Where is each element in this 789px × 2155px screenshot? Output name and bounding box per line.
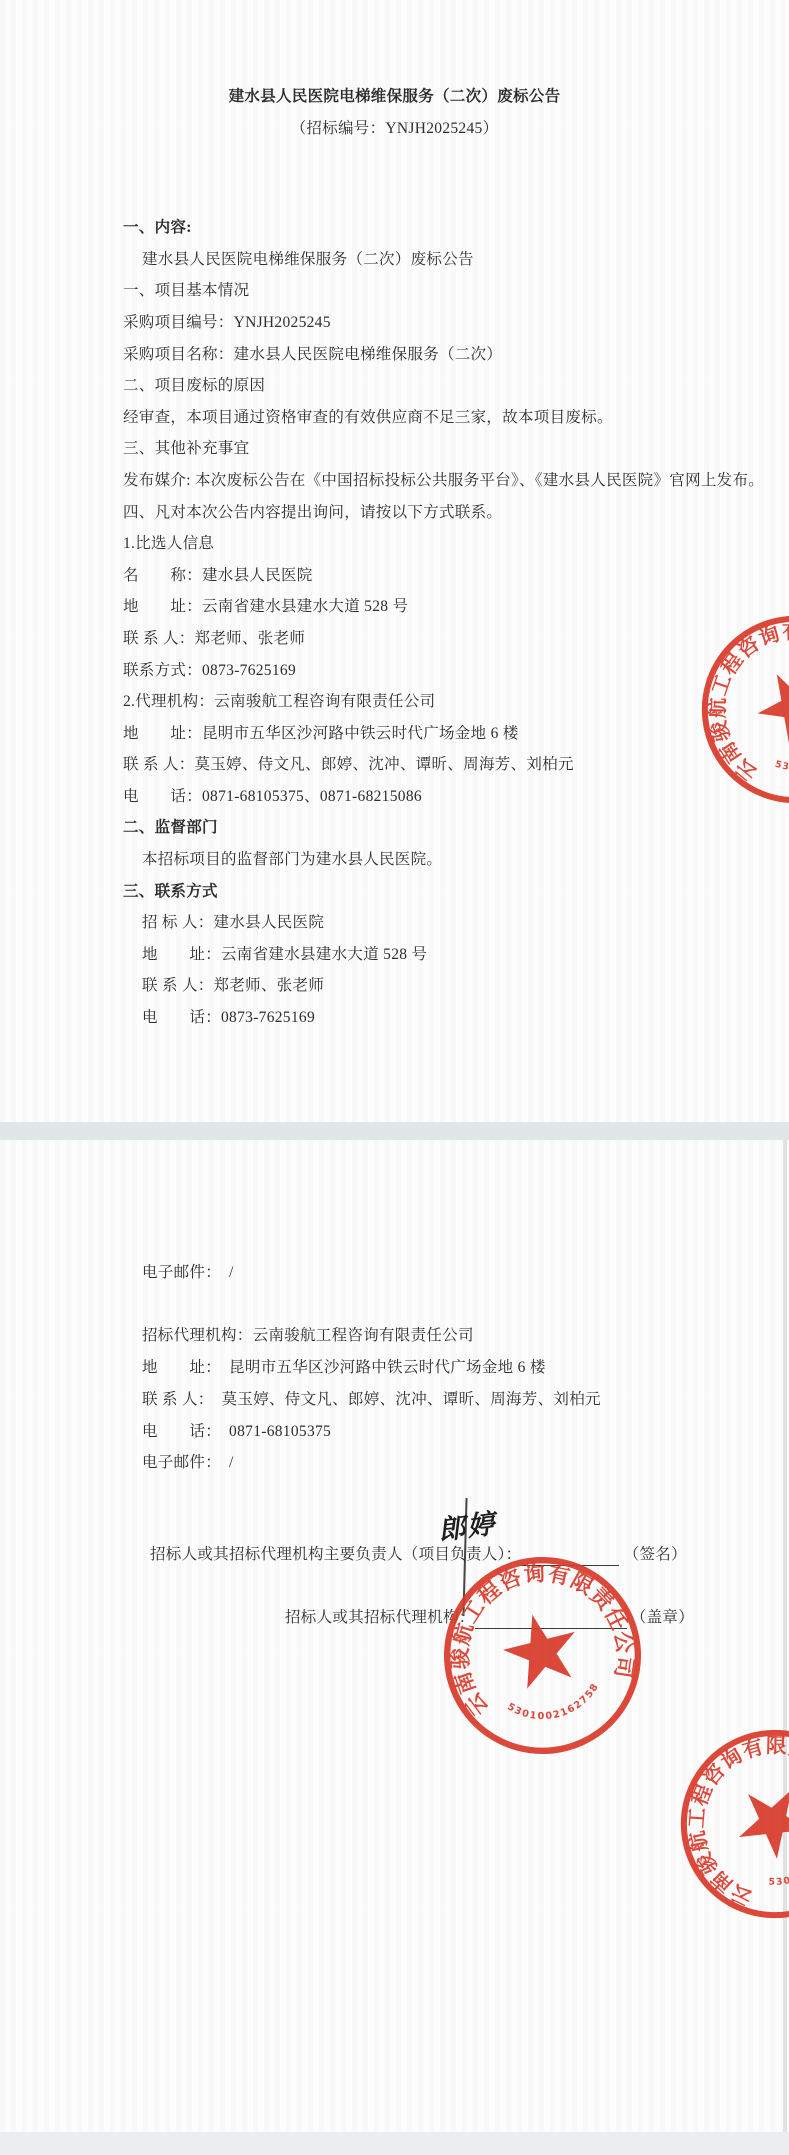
stamp-label: 招标人或其招标代理机构：	[285, 1609, 475, 1626]
contact-bidder-line: 招 标 人：建水县人民医院	[142, 907, 789, 939]
tender-number-line: （招标编号：YNJH2025245）	[0, 113, 789, 145]
agency-line: 招标代理机构：云南骏航工程咨询有限责任公司	[142, 1325, 474, 1347]
page-edge-shadow	[783, 1140, 787, 2132]
spacer	[0, 144, 789, 212]
contact-address-line: 地 址：云南省建水县建水大道 528 号	[142, 939, 789, 971]
project-name-line: 采购项目名称：建水县人民医院电梯维保服务（二次）	[123, 339, 789, 371]
section-content-heading: 一、内容:	[123, 212, 789, 244]
section-contact-heading: 三、联系方式	[123, 876, 789, 908]
document-page-2: 电子邮件： / 招标代理机构：云南骏航工程咨询有限责任公司 地 址： 昆明市五华…	[0, 1140, 789, 2132]
signature-underline	[521, 1550, 619, 1567]
bidder-contact-way-line: 联系方式：0873-7625169	[123, 655, 789, 687]
stamp-suffix: （盖章）	[631, 1609, 694, 1626]
scan-bottom-band	[0, 2132, 789, 2155]
cancellation-reason-line: 经审查，本项目通过资格审查的有效供应商不足三家，故本项目废标。	[123, 402, 789, 434]
contact-phone-line: 电 话：0873-7625169	[142, 1002, 789, 1034]
section-supervision-heading: 二、监督部门	[123, 812, 789, 844]
bidder-address-line: 地 址：云南省建水县建水大道 528 号	[123, 591, 789, 623]
agency-contact-line: 联 系 人： 莫玉婷、侍文凡、郎婷、沈冲、谭昕、周海芳、刘柏元	[142, 1389, 601, 1411]
signature-suffix: （签名）	[624, 1546, 687, 1563]
bidder-info-heading: 1.比选人信息	[123, 528, 789, 560]
email-line-2: 电子邮件： /	[142, 1452, 234, 1474]
supervision-department-line: 本招标项目的监督部门为建水县人民医院。	[142, 844, 789, 876]
inquiry-instruction-line: 四、凡对本次公告内容提出询问，请按以下方式联系。	[123, 497, 789, 529]
agency-phone-line: 电 话： 0871-68105375	[142, 1421, 331, 1443]
page1-content: 建水县人民医院电梯维保服务（二次）废标公告 （招标编号：YNJH2025245）…	[0, 0, 789, 1034]
subsection-cancellation-reason: 二、项目废标的原因	[123, 370, 789, 402]
agency-contact-line: 联 系 人：莫玉婷、侍文凡、郎婷、沈冲、谭昕、周海芳、刘柏元	[123, 749, 789, 781]
agency-address-line: 地 址：昆明市五华区沙河路中铁云时代广场金地 6 楼	[123, 718, 789, 750]
document-page-1: 建水县人民医院电梯维保服务（二次）废标公告 （招标编号：YNJH2025245）…	[0, 0, 789, 1122]
agency-official-seal: 云南骏航工程咨询有限责任公司5301002162758	[418, 1531, 667, 1780]
document-title: 建水县人民医院电梯维保服务（二次）废标公告	[0, 81, 789, 113]
svg-text:云南骏航工程咨询有限责任公司: 云南骏航工程咨询有限责任公司	[647, 1696, 789, 1918]
signature-line: 招标人或其招标代理机构主要负责人（项目负责人）： （签名）	[150, 1544, 687, 1566]
svg-text:5301002162758: 5301002162758	[503, 1679, 606, 1732]
agency-official-seal: 云南骏航工程咨询有限责任公司5301002162758	[637, 1686, 789, 1963]
project-number-line: 采购项目编号：YNJH2025245	[123, 307, 789, 339]
agency-phone-line: 电 话：0871-68105375、0871-68215086	[123, 781, 789, 813]
stamp-underline	[475, 1613, 627, 1630]
svg-text:云南骏航工程咨询有限责任公司: 云南骏航工程咨询有限责任公司	[427, 1540, 646, 1723]
contact-person-line: 联 系 人：郑老师、张老师	[142, 970, 789, 1002]
publish-media-line: 发布媒介: 本次废标公告在《中国招标投标公共服务平台》、《建水县人民医院》官网上…	[123, 465, 789, 497]
bidder-contact-line: 联 系 人：郑老师、张老师	[123, 623, 789, 655]
agency-address-line: 地 址： 昆明市五华区沙河路中铁云时代广场金地 6 楼	[142, 1357, 546, 1379]
notice-title-line: 建水县人民医院电梯维保服务（二次）废标公告	[142, 244, 789, 276]
subsection-supplementary-matters: 三、其他补充事宜	[123, 433, 789, 465]
email-line-1: 电子邮件： /	[142, 1262, 234, 1284]
page-separator	[0, 1122, 789, 1140]
scanned-document: 建水县人民医院电梯维保服务（二次）废标公告 （招标编号：YNJH2025245）…	[0, 0, 789, 2155]
stamp-line: 招标人或其招标代理机构： （盖章）	[285, 1607, 694, 1629]
agency-heading-line: 2.代理机构：云南骏航工程咨询有限责任公司	[123, 686, 789, 718]
subsection-project-basic-info: 一、项目基本情况	[123, 275, 789, 307]
handwritten-signature: 郎婷	[436, 1502, 498, 1548]
bidder-name-line: 名 称：建水县人民医院	[123, 560, 789, 592]
